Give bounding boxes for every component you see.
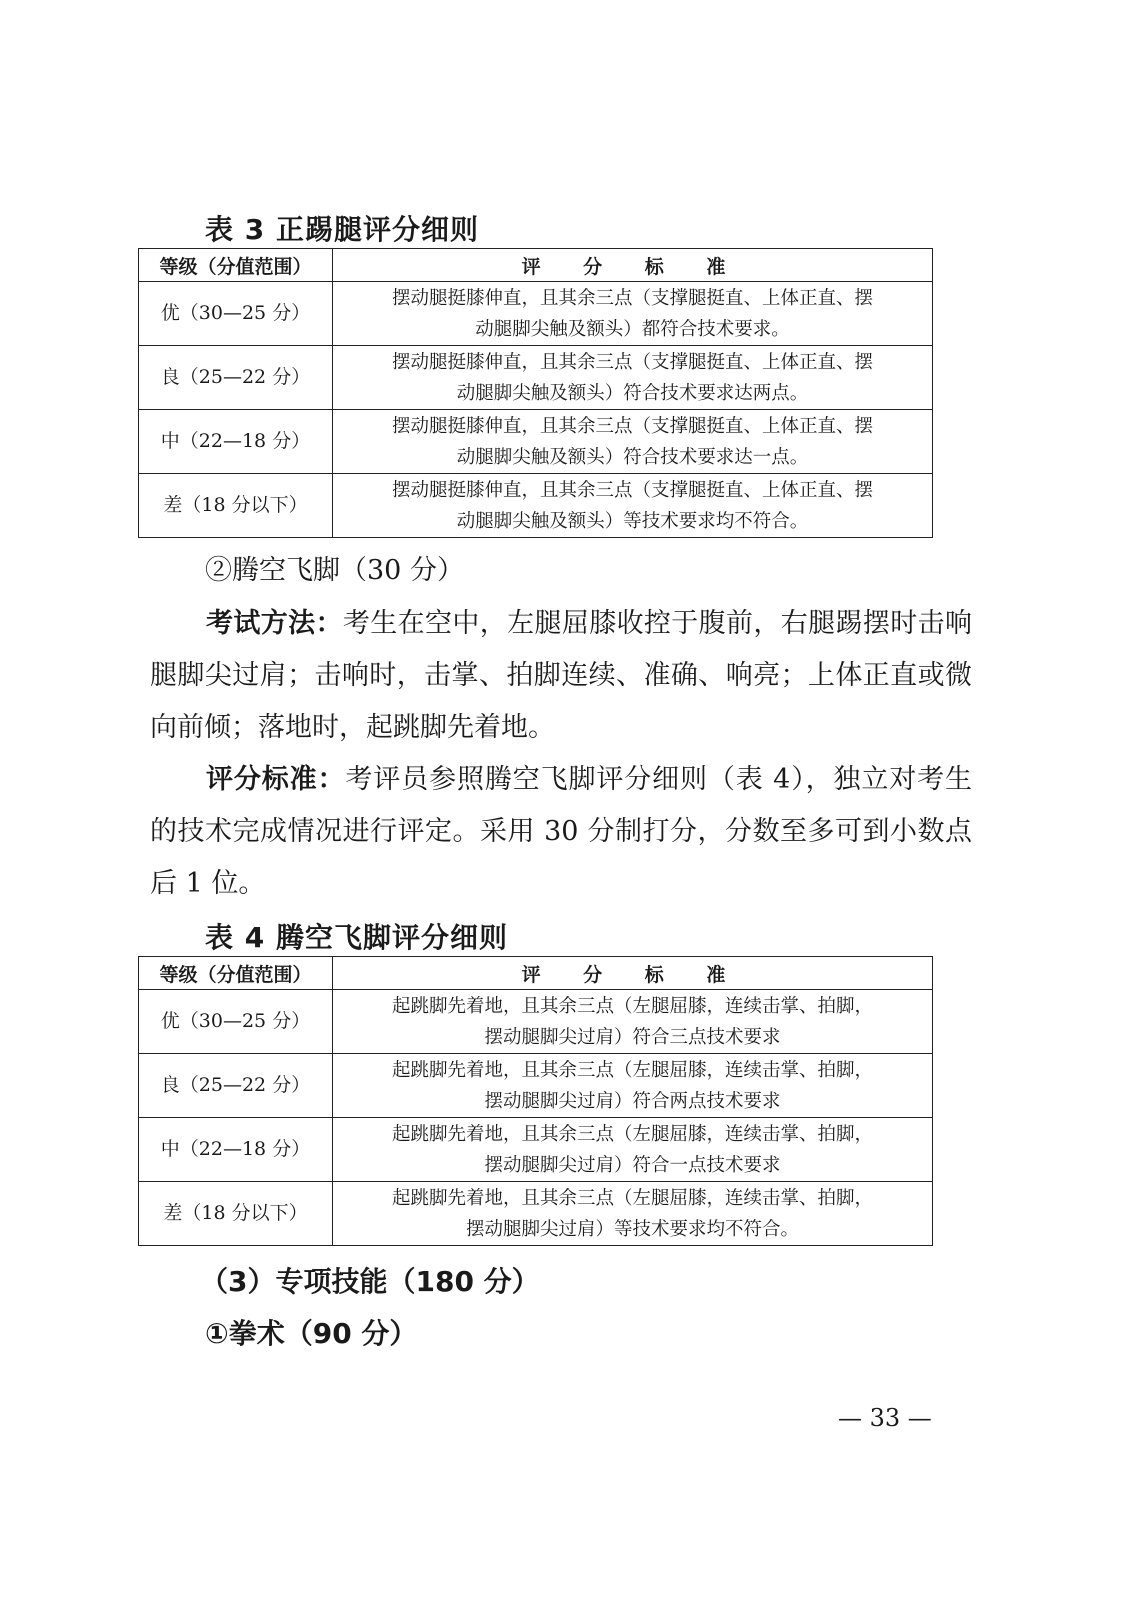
criteria-line: 动腿脚尖触及额头）符合技术要求达两点。 <box>341 378 924 409</box>
criteria-line: 动腿脚尖触及额头）符合技术要求达一点。 <box>341 442 924 473</box>
table4-caption: 表 4 腾空飞脚评分细则 <box>205 916 508 956</box>
scoring-criteria-paragraph: 评分标准：考评员参照腾空飞脚评分细则（表 4），独立对考生的技术完成情况进行评定… <box>150 754 972 910</box>
table-header-row: 等级（分值范围） 评 分 标 准 <box>139 957 933 990</box>
page-number: — 33 — <box>838 1404 932 1432</box>
exam-method-paragraph: 考试方法：考生在空中，左腿屈膝收控于腹前，右腿踢摆时击响腿脚尖过肩；击响时，击掌… <box>150 598 972 754</box>
table-row: 中（22—18 分） 摆动腿挺膝伸直，且其余三点（支撑腿挺直、上体正直、摆动腿脚… <box>139 410 933 474</box>
criteria-line: 摆动腿脚尖过肩）等技术要求均不符合。 <box>341 1214 924 1245</box>
special-skills-heading: （3）专项技能（180 分） <box>200 1260 540 1300</box>
table3-caption: 表 3 正踢腿评分细则 <box>205 208 479 248</box>
boxing-subheading: ①拳术（90 分） <box>205 1312 417 1352</box>
table4-scoring-rules: 等级（分值范围） 评 分 标 准 优（30—25 分） 起跳脚先着地，且其余三点… <box>138 956 933 1246</box>
grade-cell: 差（18 分以下） <box>139 1182 333 1246</box>
criteria-column-header: 评 分 标 准 <box>333 249 933 282</box>
criteria-column-header: 评 分 标 准 <box>333 957 933 990</box>
grade-column-header: 等级（分值范围） <box>139 249 333 282</box>
grade-cell: 优（30—25 分） <box>139 282 333 346</box>
criteria-line: 起跳脚先着地，且其余三点（左腿屈膝，连续击掌、拍脚， <box>341 1119 924 1150</box>
criteria-line: 动腿脚尖触及额头）等技术要求均不符合。 <box>341 506 924 537</box>
criteria-line: 摆动腿脚尖过肩）符合两点技术要求 <box>341 1086 924 1117</box>
criteria-line: 摆动腿脚尖过肩）符合一点技术要求 <box>341 1150 924 1181</box>
criteria-line: 摆动腿挺膝伸直，且其余三点（支撑腿挺直、上体正直、摆 <box>341 283 924 314</box>
criteria-cell: 起跳脚先着地，且其余三点（左腿屈膝，连续击掌、拍脚，摆动腿脚尖过肩）符合一点技术… <box>333 1118 933 1182</box>
grade-cell: 优（30—25 分） <box>139 990 333 1054</box>
criteria-cell: 摆动腿挺膝伸直，且其余三点（支撑腿挺直、上体正直、摆动腿脚尖触及额头）符合技术要… <box>333 410 933 474</box>
table-row: 优（30—25 分） 起跳脚先着地，且其余三点（左腿屈膝，连续击掌、拍脚，摆动腿… <box>139 990 933 1054</box>
grade-cell: 中（22—18 分） <box>139 410 333 474</box>
criteria-line: 起跳脚先着地，且其余三点（左腿屈膝，连续击掌、拍脚， <box>341 991 924 1022</box>
criteria-line: 摆动腿挺膝伸直，且其余三点（支撑腿挺直、上体正直、摆 <box>341 347 924 378</box>
criteria-cell: 起跳脚先着地，且其余三点（左腿屈膝，连续击掌、拍脚，摆动腿脚尖过肩）符合两点技术… <box>333 1054 933 1118</box>
criteria-line: 动腿脚尖触及额头）都符合技术要求。 <box>341 314 924 345</box>
criteria-line: 摆动腿挺膝伸直，且其余三点（支撑腿挺直、上体正直、摆 <box>341 411 924 442</box>
table-row: 良（25—22 分） 摆动腿挺膝伸直，且其余三点（支撑腿挺直、上体正直、摆动腿脚… <box>139 346 933 410</box>
criteria-line: 摆动腿挺膝伸直，且其余三点（支撑腿挺直、上体正直、摆 <box>341 475 924 506</box>
table3-scoring-rules: 等级（分值范围） 评 分 标 准 优（30—25 分） 摆动腿挺膝伸直，且其余三… <box>138 248 933 538</box>
table-row: 中（22—18 分） 起跳脚先着地，且其余三点（左腿屈膝，连续击掌、拍脚，摆动腿… <box>139 1118 933 1182</box>
criteria-cell: 起跳脚先着地，且其余三点（左腿屈膝，连续击掌、拍脚，摆动腿脚尖过肩）等技术要求均… <box>333 1182 933 1246</box>
table-row: 差（18 分以下） 摆动腿挺膝伸直，且其余三点（支撑腿挺直、上体正直、摆动腿脚尖… <box>139 474 933 538</box>
criteria-cell: 摆动腿挺膝伸直，且其余三点（支撑腿挺直、上体正直、摆动腿脚尖触及额头）都符合技术… <box>333 282 933 346</box>
flying-kick-title: ②腾空飞脚（30 分） <box>205 548 464 587</box>
table-row: 优（30—25 分） 摆动腿挺膝伸直，且其余三点（支撑腿挺直、上体正直、摆动腿脚… <box>139 282 933 346</box>
grade-cell: 良（25—22 分） <box>139 346 333 410</box>
grade-cell: 差（18 分以下） <box>139 474 333 538</box>
table-row: 差（18 分以下） 起跳脚先着地，且其余三点（左腿屈膝，连续击掌、拍脚，摆动腿脚… <box>139 1182 933 1246</box>
table-row: 良（25—22 分） 起跳脚先着地，且其余三点（左腿屈膝，连续击掌、拍脚，摆动腿… <box>139 1054 933 1118</box>
criteria-cell: 摆动腿挺膝伸直，且其余三点（支撑腿挺直、上体正直、摆动腿脚尖触及额头）符合技术要… <box>333 346 933 410</box>
scoring-criteria-label: 评分标准： <box>206 764 345 795</box>
grade-cell: 中（22—18 分） <box>139 1118 333 1182</box>
grade-column-header: 等级（分值范围） <box>139 957 333 990</box>
table-header-row: 等级（分值范围） 评 分 标 准 <box>139 249 933 282</box>
exam-method-label: 考试方法： <box>206 608 343 639</box>
criteria-line: 摆动腿脚尖过肩）符合三点技术要求 <box>341 1022 924 1053</box>
criteria-cell: 起跳脚先着地，且其余三点（左腿屈膝，连续击掌、拍脚，摆动腿脚尖过肩）符合三点技术… <box>333 990 933 1054</box>
criteria-line: 起跳脚先着地，且其余三点（左腿屈膝，连续击掌、拍脚， <box>341 1055 924 1086</box>
grade-cell: 良（25—22 分） <box>139 1054 333 1118</box>
criteria-line: 起跳脚先着地，且其余三点（左腿屈膝，连续击掌、拍脚， <box>341 1183 924 1214</box>
criteria-cell: 摆动腿挺膝伸直，且其余三点（支撑腿挺直、上体正直、摆动腿脚尖触及额头）等技术要求… <box>333 474 933 538</box>
